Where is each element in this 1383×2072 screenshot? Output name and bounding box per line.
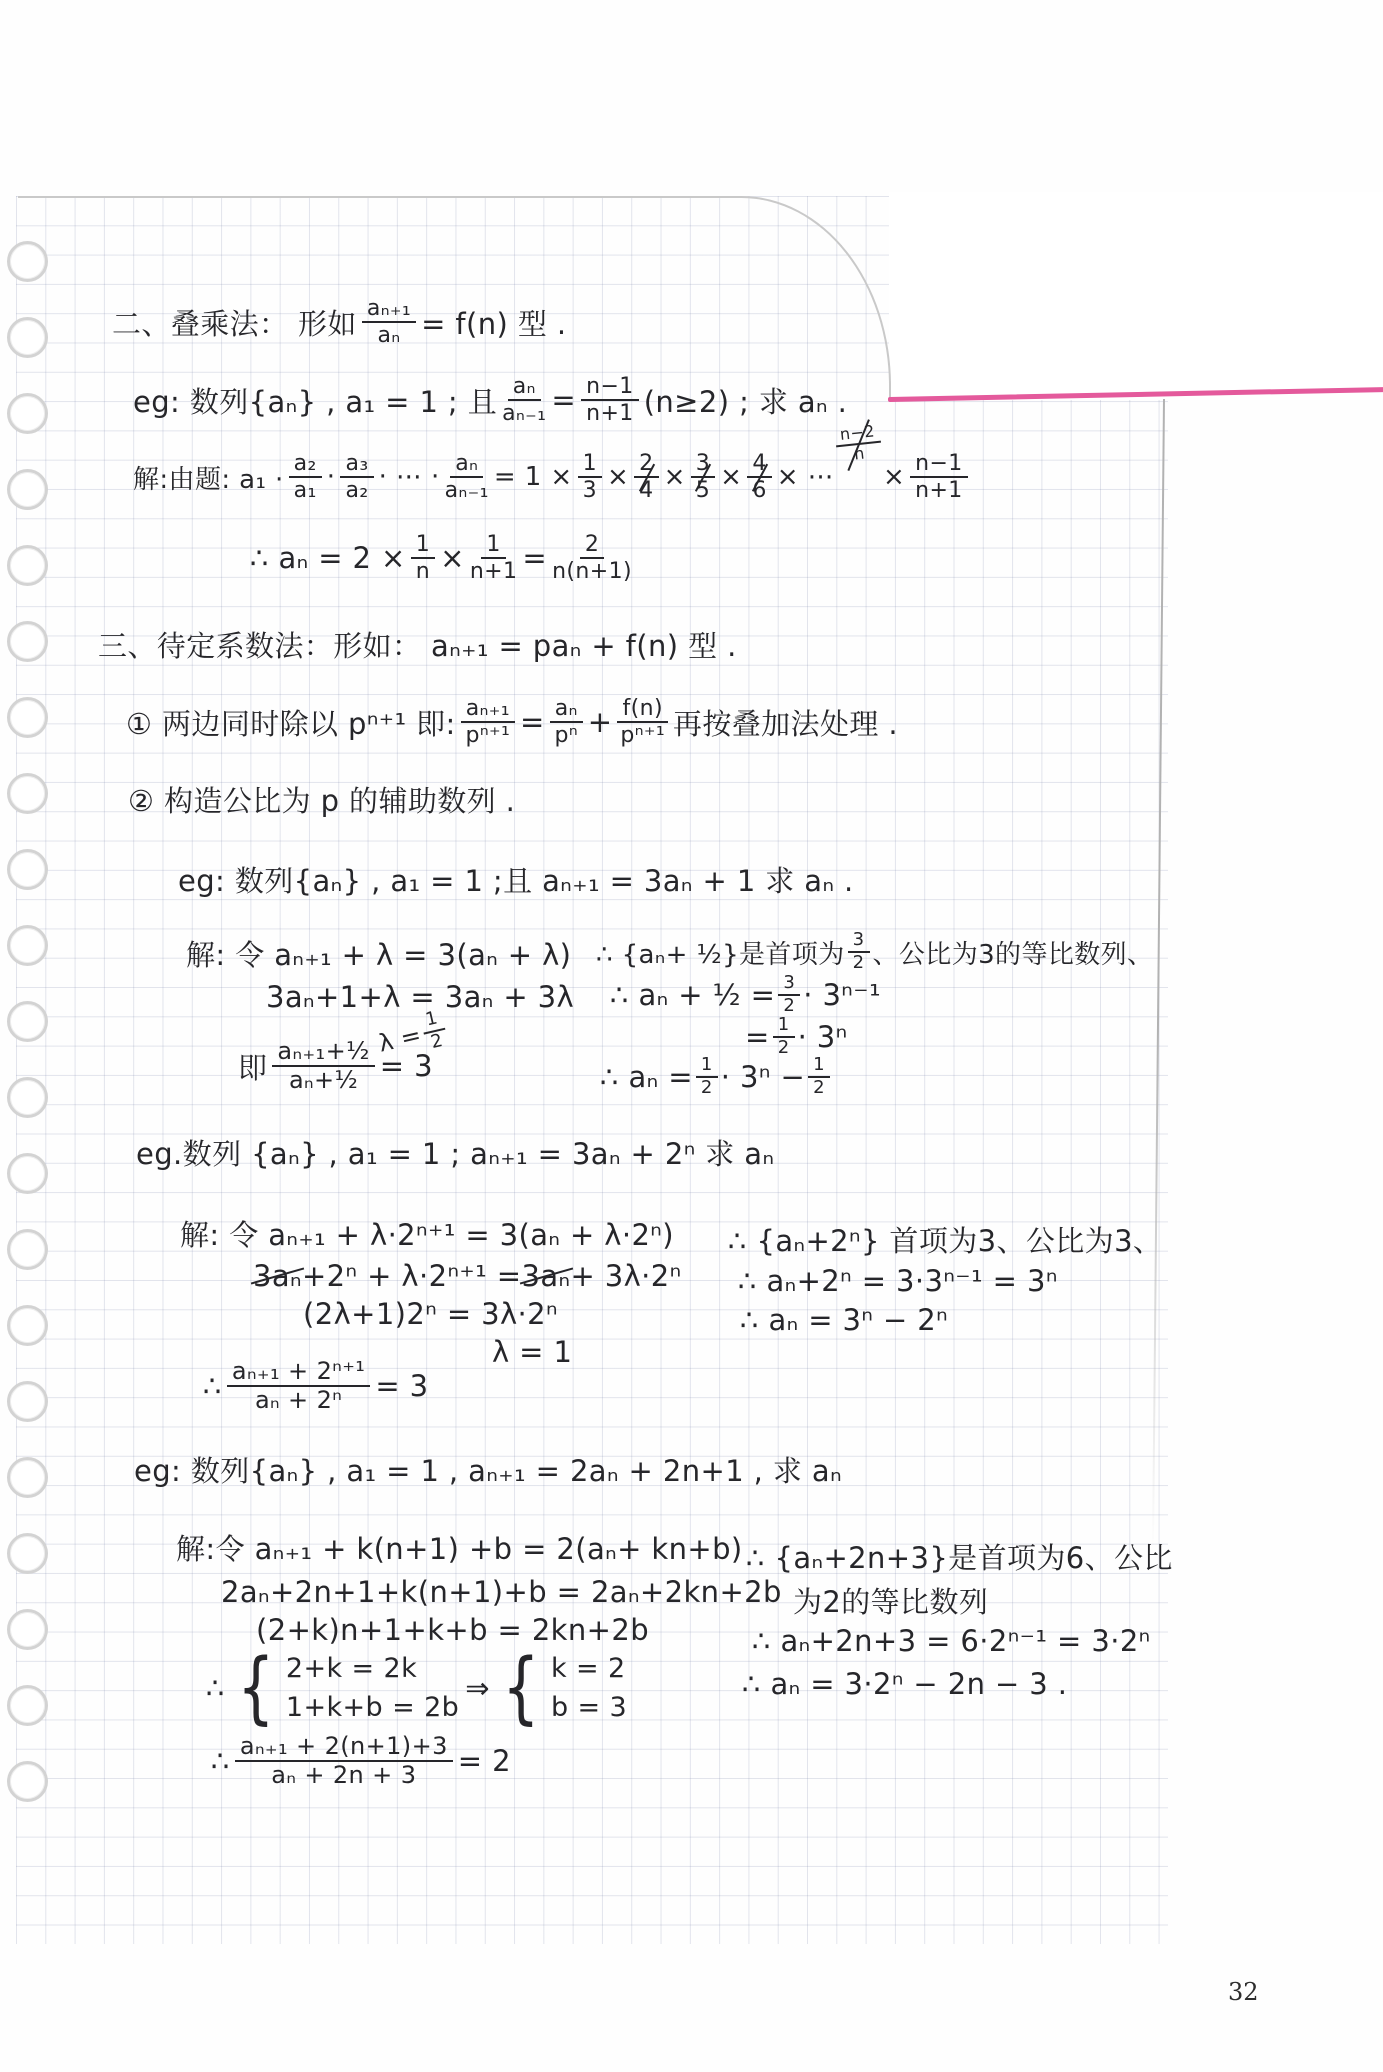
fraction: aₙpⁿ xyxy=(550,697,583,747)
example3-result: ∴ aₙ = 3ⁿ − 2ⁿ xyxy=(740,1290,948,1350)
binding-hole xyxy=(7,697,48,738)
method-step-2: ② 构造公比为 p 的辅助数列 . xyxy=(128,769,515,829)
fraction-numerator: 1 xyxy=(808,1056,830,1078)
example3-statement: eg.数列 {aₙ} , a₁ = 1 ; aₙ₊₁ = 3aₙ + 2ⁿ 求 … xyxy=(136,1122,774,1182)
fraction-numerator: aₙ xyxy=(550,697,583,723)
fraction-numerator: aₙ₊₁+½ xyxy=(272,1039,374,1067)
fraction-denominator: n xyxy=(853,444,865,463)
text-run: ∴ xyxy=(211,1744,230,1778)
fraction: aₙ₊₁ + 2ⁿ⁺¹aₙ + 2ⁿ xyxy=(227,1359,370,1413)
binding-hole xyxy=(7,1457,48,1498)
binding-hole xyxy=(7,849,48,890)
text-run: ∴ aₙ+2n+3 = 6·2ⁿ⁻¹ = 3·2ⁿ xyxy=(752,1624,1151,1658)
text-run: ∴ aₙ = 3·2ⁿ − 2n − 3 . xyxy=(742,1667,1067,1701)
text-run: 3aₙ xyxy=(253,1259,302,1293)
fraction-numerator: 1 xyxy=(578,452,602,478)
text-run: ∴ xyxy=(203,1369,222,1403)
binding-hole xyxy=(7,545,48,586)
fraction-denominator: pⁿ xyxy=(554,723,578,747)
fraction: aₙ₊₁pⁿ⁺¹ xyxy=(461,697,515,747)
text-run: 二、叠乘法： 形如 xyxy=(112,302,357,343)
fraction-denominator: aₙ xyxy=(377,323,400,347)
fraction-denominator: 6 xyxy=(752,478,766,502)
binding-hole xyxy=(7,469,48,510)
text-run: + 3λ·2ⁿ xyxy=(570,1259,681,1293)
fraction-numerator: 1 xyxy=(481,533,505,559)
fraction-numerator: aₙ₊₁ xyxy=(362,297,416,323)
binding-hole xyxy=(7,1229,48,1270)
fraction-denominator: n xyxy=(416,559,430,583)
example2-ratio: 即 aₙ₊₁+½aₙ+½ = 3 xyxy=(238,1024,433,1108)
fraction-numerator: aₙ xyxy=(450,452,483,478)
fraction-denominator: aₙ₋₁ xyxy=(502,401,546,425)
text-run: eg: 数列{aₙ} , a₁ = 1 , aₙ₊₁ = 2aₙ + 2n+1 … xyxy=(134,1449,842,1490)
binding-hole xyxy=(7,1761,48,1802)
text-run: 即 xyxy=(238,1046,267,1087)
text-run: ① 两边同时除以 pⁿ⁺¹ 即: xyxy=(126,702,456,743)
binding-hole xyxy=(7,1685,48,1726)
method-step-1: ① 两边同时除以 pⁿ⁺¹ 即: aₙ₊₁pⁿ⁺¹ = aₙpⁿ + f(n)p… xyxy=(126,692,898,752)
example1-result: ∴ aₙ = 2 × 1n × 1n+1 = 2n(n+1) xyxy=(250,528,637,588)
fraction-numerator: aₙ xyxy=(508,375,541,401)
binding-hole xyxy=(7,1533,48,1574)
example2-statement: eg: 数列{aₙ} , a₁ = 1 ;且 aₙ₊₁ = 3aₙ + 1 求 … xyxy=(178,849,854,909)
fraction-numerator: a₃ xyxy=(340,452,373,478)
example4-statement: eg: 数列{aₙ} , a₁ = 1 , aₙ₊₁ = 2aₙ + 2n+1 … xyxy=(134,1439,842,1499)
text-run: eg.数列 {aₙ} , a₁ = 1 ; aₙ₊₁ = 3aₙ + 2ⁿ 求 … xyxy=(136,1132,774,1173)
binding-hole xyxy=(7,925,48,966)
binding-hole xyxy=(7,773,48,814)
fraction: aₙaₙ₋₁ xyxy=(502,375,546,425)
fraction-numerator: 3 xyxy=(691,452,715,478)
fraction-numerator: 1 xyxy=(411,533,435,559)
fraction-numerator: n−2 xyxy=(834,423,881,447)
fraction-denominator: a₂ xyxy=(345,478,368,502)
fraction-denominator: n(n+1) xyxy=(552,559,632,583)
fraction-numerator: n−1 xyxy=(581,375,639,401)
text-run: 、公比为3的等比数列、 xyxy=(873,934,1154,971)
cases-group: {2+k = 2k1+k+b = 2b xyxy=(231,1649,459,1727)
fraction-denominator: 2 xyxy=(813,1078,825,1098)
fraction-denominator: 3 xyxy=(583,478,597,502)
text-run: · ⋯ · xyxy=(379,462,440,492)
fraction: 1n+1 xyxy=(470,533,518,583)
text-run: × ⋯ xyxy=(777,462,834,492)
binding-hole xyxy=(7,317,48,358)
brace-icon: { xyxy=(502,1657,540,1719)
fraction: 13 xyxy=(578,452,602,502)
text-run: eg: 数列{aₙ} , a₁ = 1 ; 且 xyxy=(133,380,497,421)
text-run: eg: 数列{aₙ} , a₁ = 1 ;且 aₙ₊₁ = 3aₙ + 1 求 … xyxy=(178,859,854,900)
fraction: aₙ₊₁ + 2(n+1)+3aₙ + 2n + 3 xyxy=(235,1734,453,1788)
text-run: 解:由题: a₁ · xyxy=(133,459,284,496)
text-run: × xyxy=(883,462,905,492)
fraction: a₃a₂ xyxy=(340,452,373,502)
text-run: + xyxy=(588,705,613,739)
fraction-denominator: 2 xyxy=(701,1078,713,1098)
fraction-denominator: a₁ xyxy=(294,478,317,502)
case-row: 2+k = 2k xyxy=(286,1649,459,1688)
text-run: 再按叠加法处理 . xyxy=(673,702,898,743)
fraction-numerator: 1 xyxy=(773,1016,795,1038)
text-run: × xyxy=(607,462,629,492)
text-run: ② 构造公比为 p 的辅助数列 . xyxy=(128,779,515,820)
fraction-denominator: aₙ₋₁ xyxy=(445,478,489,502)
text-run: (n≥2) ; 求 aₙ . xyxy=(644,380,848,421)
text-run: × xyxy=(720,462,742,492)
fraction-denominator: aₙ + 2n + 3 xyxy=(271,1762,416,1788)
binding-hole xyxy=(7,1609,48,1650)
text-run: ⇒ xyxy=(465,1671,490,1705)
fraction-numerator: n−1 xyxy=(910,452,968,478)
fraction-numerator: 2 xyxy=(634,452,658,478)
case-row: b = 3 xyxy=(551,1688,627,1727)
text-run: · xyxy=(327,462,336,492)
fraction: a₂a₁ xyxy=(289,452,322,502)
cases-rows: k = 2b = 3 xyxy=(551,1649,627,1727)
fraction: n−2n xyxy=(834,423,883,465)
fraction-denominator: pⁿ⁺¹ xyxy=(620,723,665,747)
fraction-denominator: 5 xyxy=(696,478,710,502)
text-run: ∴ xyxy=(206,1671,225,1705)
text-run: = 3 xyxy=(380,1049,433,1083)
fraction-numerator: a₂ xyxy=(289,452,322,478)
binding-hole xyxy=(7,1001,48,1042)
cases-rows: 2+k = 2k1+k+b = 2b xyxy=(286,1649,459,1727)
example4-result: ∴ aₙ = 3·2ⁿ − 2n − 3 . xyxy=(742,1654,1067,1714)
fraction: 12 xyxy=(808,1056,830,1098)
fraction-numerator: f(n) xyxy=(617,697,667,723)
fraction: aₙ₊₁aₙ xyxy=(362,297,416,347)
fraction: aₙ₊₁+½aₙ+½ xyxy=(272,1039,374,1093)
fraction-numerator: 3 xyxy=(778,974,800,996)
example1-solution-product: 解:由题: a₁ · a₂a₁ · a₃a₂ · ⋯ · aₙaₙ₋₁ = 1 … xyxy=(133,447,973,507)
text-run: 三、待定系数法：形如： aₙ₊₁ = paₙ + f(n) 型 . xyxy=(98,624,737,665)
fraction-denominator: n+1 xyxy=(586,401,634,425)
text-run: ∴ aₙ = xyxy=(600,1060,693,1094)
fraction-numerator: 2 xyxy=(580,533,604,559)
fraction: 24 xyxy=(634,452,658,502)
fraction: n−1n+1 xyxy=(581,375,639,425)
heading-undetermined-coeff: 三、待定系数法：形如： aₙ₊₁ = paₙ + f(n) 型 . xyxy=(98,614,737,674)
fraction-denominator: n+1 xyxy=(470,559,518,583)
fraction: 46 xyxy=(747,452,771,502)
text-run: = 2 xyxy=(458,1744,511,1778)
heading-multiply-method: 二、叠乘法： 形如 aₙ₊₁aₙ = f(n) 型 . xyxy=(112,292,567,352)
fraction: 1n xyxy=(411,533,435,583)
fraction: 2n(n+1) xyxy=(552,533,632,583)
example3-ratio: ∴ aₙ₊₁ + 2ⁿ⁺¹aₙ + 2ⁿ = 3 xyxy=(203,1344,428,1428)
text-run: × xyxy=(440,541,465,575)
fraction: n−1n+1 xyxy=(910,452,968,502)
notebook-page-scan: 二、叠乘法： 形如 aₙ₊₁aₙ = f(n) 型 . eg: 数列{aₙ} ,… xyxy=(0,0,1383,2072)
text-run: = 1 × xyxy=(494,462,573,492)
fraction-numerator: aₙ₊₁ xyxy=(461,697,515,723)
text-run: = 3 xyxy=(375,1369,428,1403)
corner-white-area xyxy=(889,192,1383,400)
example1-statement: eg: 数列{aₙ} , a₁ = 1 ; 且 aₙaₙ₋₁ = n−1n+1 … xyxy=(133,370,847,430)
fraction: 35 xyxy=(691,452,715,502)
fraction-denominator: aₙ+½ xyxy=(289,1067,358,1093)
example2-result: ∴ aₙ = 12 · 3ⁿ − 12 xyxy=(600,1047,833,1107)
fraction-denominator: n+1 xyxy=(915,478,963,502)
example3-lambda-note: λ = 1 xyxy=(492,1322,572,1382)
fraction-denominator: pⁿ⁺¹ xyxy=(465,723,510,747)
text-run: = xyxy=(551,383,576,417)
fraction-numerator: aₙ₊₁ + 2(n+1)+3 xyxy=(235,1734,453,1762)
fraction-numerator: 4 xyxy=(747,452,771,478)
example4-ratio: ∴ aₙ₊₁ + 2(n+1)+3aₙ + 2n + 3 = 2 xyxy=(211,1719,511,1803)
binding-hole xyxy=(7,393,48,434)
binding-hole xyxy=(7,621,48,662)
fraction-denominator: aₙ + 2ⁿ xyxy=(255,1387,342,1413)
binding-hole xyxy=(7,241,48,282)
text-run: λ = 1 xyxy=(492,1335,572,1369)
text-run: · 3ⁿ − xyxy=(721,1060,805,1094)
binding-hole xyxy=(7,1153,48,1194)
text-run: ∴ aₙ = 2 × xyxy=(250,541,406,575)
page-number: 32 xyxy=(1228,1978,1259,2006)
fraction-denominator: 4 xyxy=(639,478,653,502)
brace-icon: { xyxy=(237,1657,275,1719)
fraction: f(n)pⁿ⁺¹ xyxy=(617,697,667,747)
fraction-numerator: 3 xyxy=(848,931,870,953)
fraction: aₙaₙ₋₁ xyxy=(445,452,489,502)
text-run: = f(n) 型 . xyxy=(421,302,566,343)
fraction-numerator: 1 xyxy=(696,1056,718,1078)
text-run: = xyxy=(522,541,547,575)
cases-group: {k = 2b = 3 xyxy=(496,1649,627,1727)
fraction-numerator: aₙ₊₁ + 2ⁿ⁺¹ xyxy=(227,1359,370,1387)
binding-hole xyxy=(7,1077,48,1118)
text-run: = xyxy=(520,705,545,739)
binding-hole xyxy=(7,1305,48,1346)
text-run: ∴ aₙ = 3ⁿ − 2ⁿ xyxy=(740,1303,948,1337)
case-row: k = 2 xyxy=(551,1649,627,1688)
text-run: × xyxy=(664,462,686,492)
binding-hole xyxy=(7,1381,48,1422)
fraction: 12 xyxy=(696,1056,718,1098)
